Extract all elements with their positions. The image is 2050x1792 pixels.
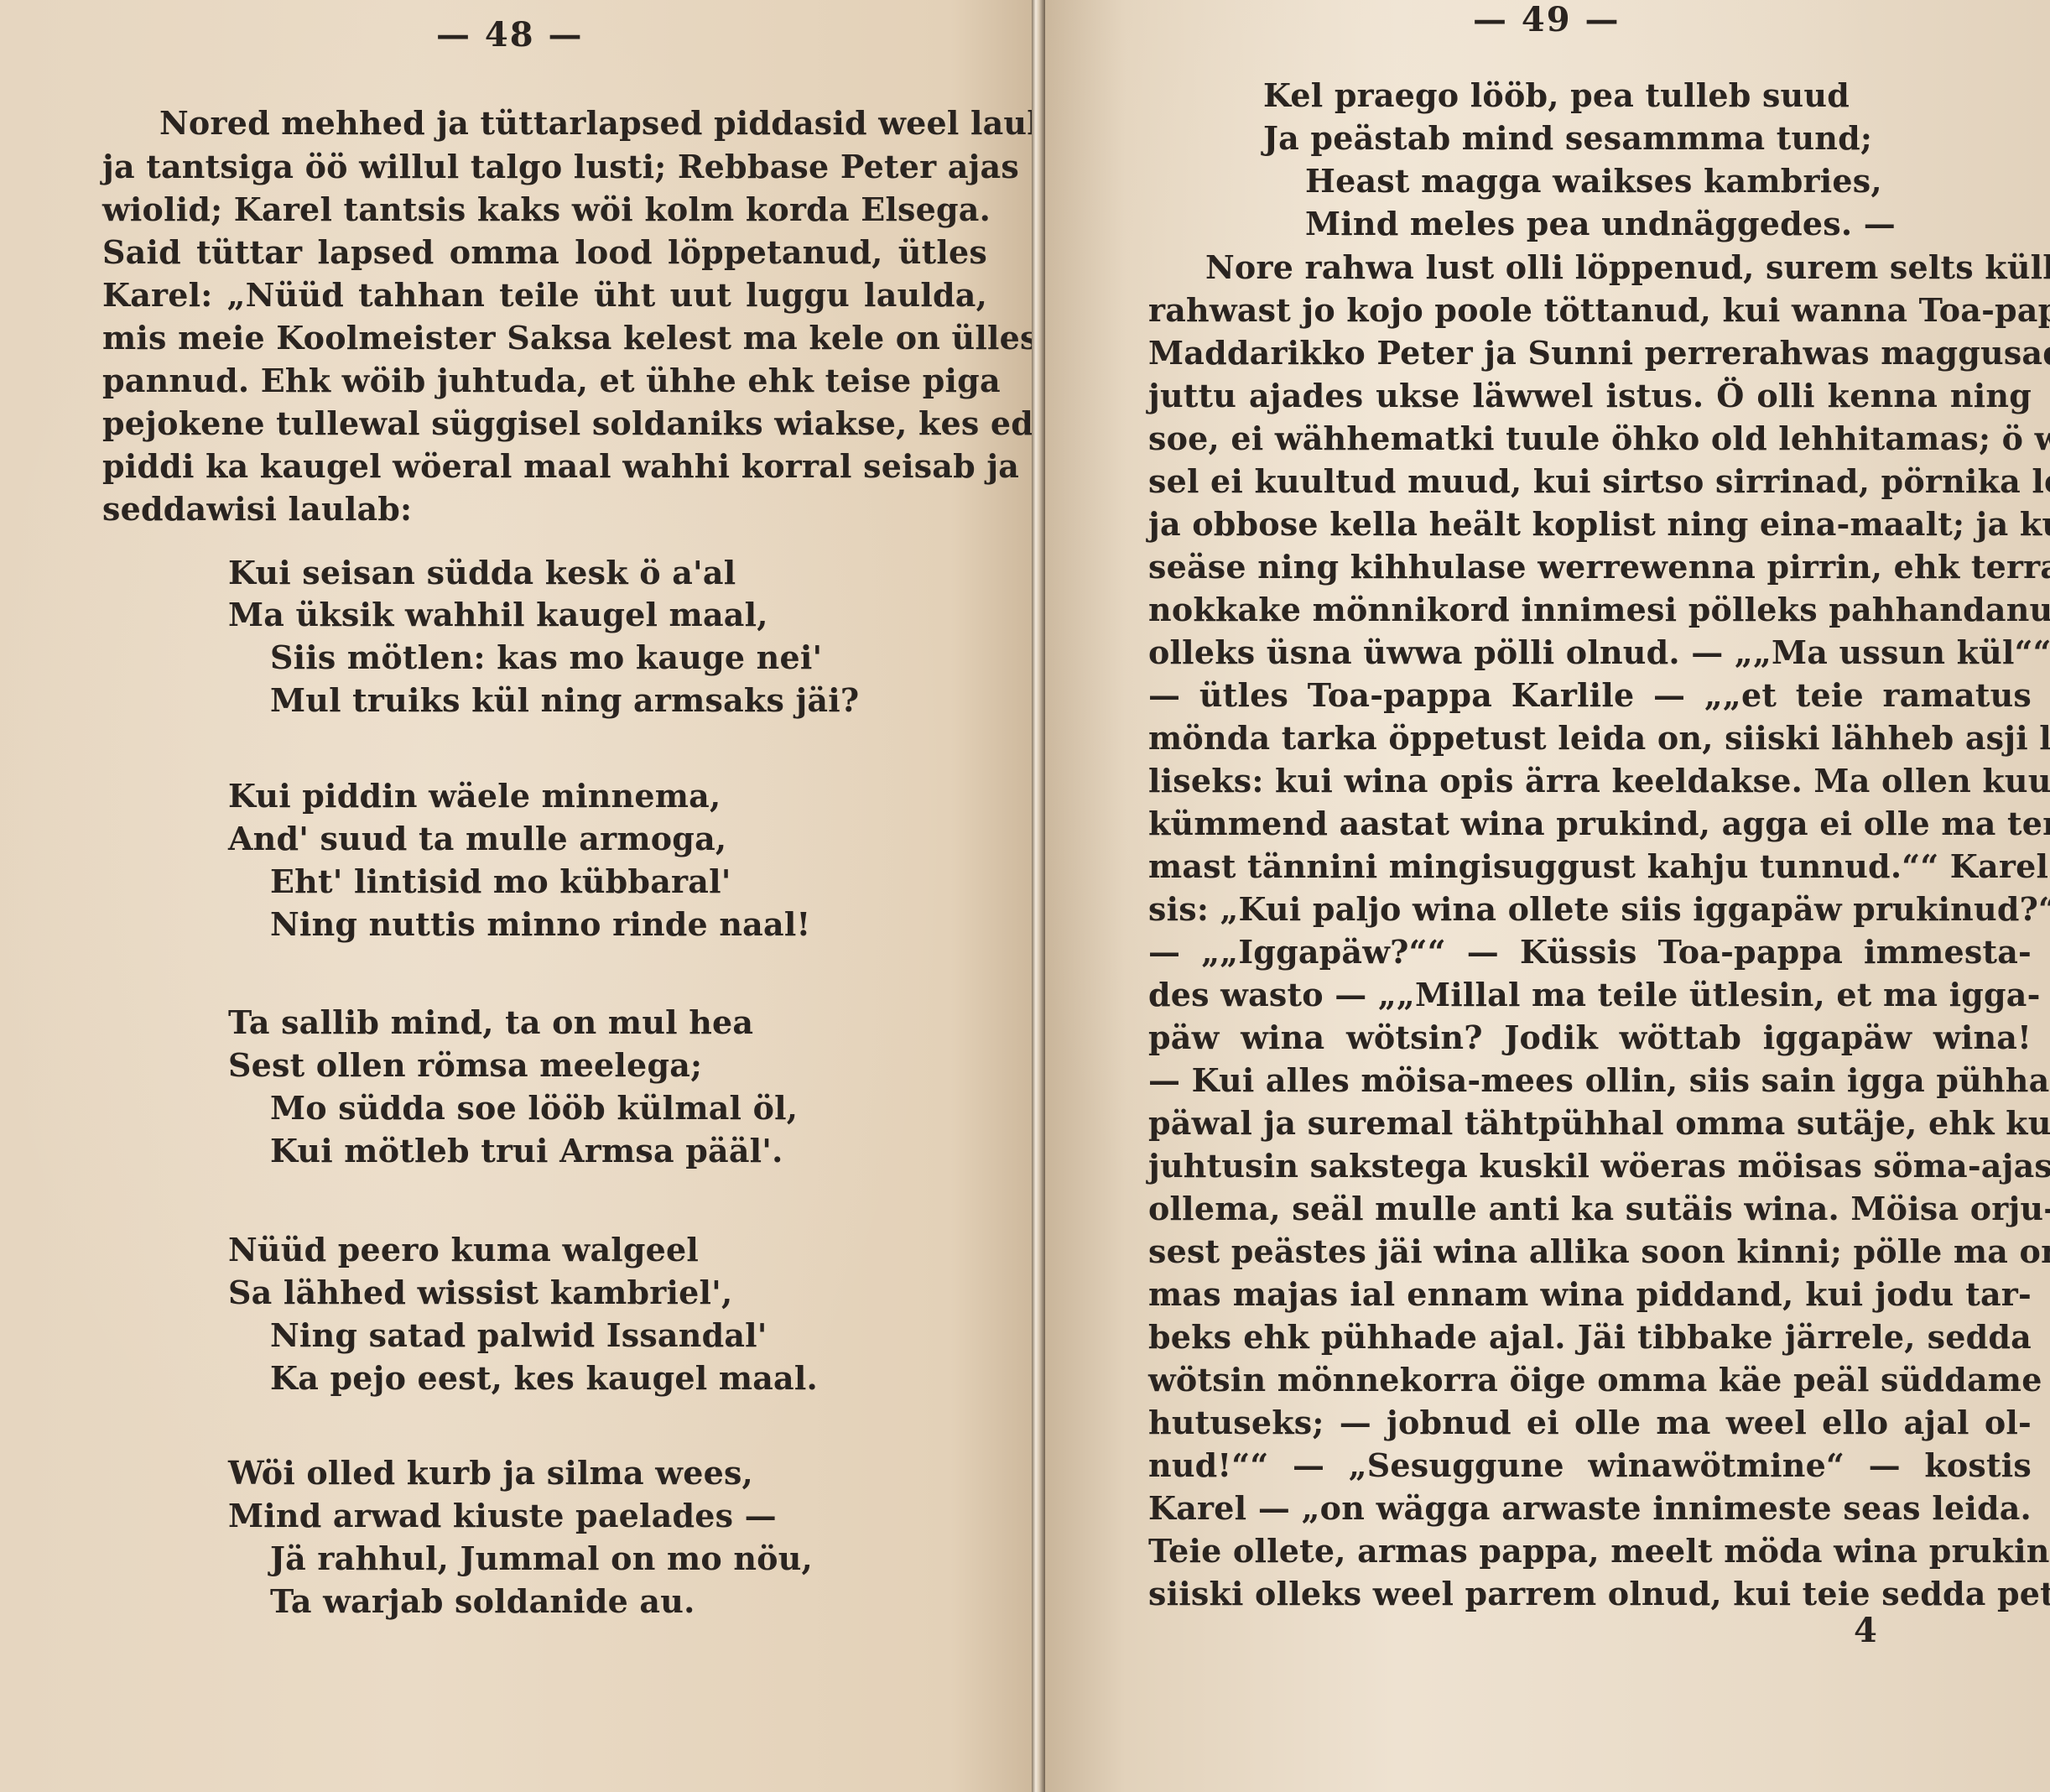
prose-line: mast tännini mingisuggust kahju tunnud.“… [1148, 851, 2032, 883]
verse-line: Eht' lintisid mo kübbaral' [270, 866, 731, 898]
verse-line: Ma üksik wahhil kaugel maal, [228, 599, 768, 631]
prose-line: Teie ollete, armas pappa, meelt möda win… [1148, 1535, 2032, 1567]
prose-line: — „„Iggapäw?““ — Küssis Toa-pappa immest… [1148, 936, 2032, 968]
verse-line: Mind arwad kiuste paelades — [228, 1500, 777, 1532]
prose-line: hutuseks; — jobnud ei olle ma weel ello … [1148, 1407, 2032, 1439]
prose-line: pejokene tullewal süggisel soldaniks wia… [102, 408, 987, 440]
prose-line: Karel — „on wägga arwaste innimeste seas… [1148, 1492, 2032, 1524]
prose-line: des wasto — „„Millal ma teile ütlesin, e… [1148, 979, 2032, 1011]
prose-line: — ütles Toa-pappa Karlile — „„et teie ra… [1148, 680, 2032, 711]
verse-line: Ka pejo eest, kes kaugel maal. [270, 1362, 818, 1394]
verse-line: Kui mötleb trui Armsa pääl'. [270, 1135, 783, 1167]
prose-line: siiski olleks weel parrem olnud, kui tei… [1148, 1578, 2032, 1610]
verse-line: Mul truiks kül ning armsaks jäi? [270, 685, 859, 716]
verse-line: Kui seisan südda kesk ö a'al [228, 557, 736, 589]
prose-line: sel ei kuultud muud, kui sirtso sirrinad… [1148, 466, 2032, 497]
verse-line: Mo südda soe lööb külmal öl, [270, 1092, 798, 1124]
verse-line: Ning satad palwid Issandal' [270, 1320, 767, 1352]
verse-line: Ja peästab mind sesammma tund; [1263, 122, 1872, 154]
verse-line: Mind meles pea undnäggedes. — [1305, 208, 1896, 240]
prose-line: olleks üsna üwwa pölli olnud. — „„Ma uss… [1148, 637, 2032, 669]
prose-line: päwal ja suremal tähtpühhal omma sutäje,… [1148, 1107, 2032, 1139]
prose-line: päw wina wötsin? Jodik wöttab iggapäw wi… [1148, 1022, 2032, 1054]
prose-line: beks ehk pühhade ajal. Jäi tibbake järre… [1148, 1321, 2032, 1353]
prose-line: wötsin mönnekorra öige omma käe peäl süd… [1148, 1364, 2032, 1396]
verse-line: Siis mötlen: kas mo kauge nei' [270, 642, 822, 674]
verse-line: Ta warjab soldanide au. [270, 1586, 695, 1617]
prose-line: wiolid; Karel tantsis kaks wöi kolm kord… [102, 194, 987, 226]
verse-line: Sa lähhed wissist kambriel', [228, 1277, 732, 1309]
prose-line: piddi ka kaugel wöeral maal wahhi korral… [102, 451, 987, 482]
verse-line: Kui piddin wäele minnema, [228, 780, 721, 812]
prose-line: Nore rahwa lust olli löppenud, surem sel… [1148, 252, 2032, 284]
prose-line: ja tantsiga öö willul talgo lusti; Rebba… [102, 151, 987, 183]
prose-line: sis: „Kui paljo wina ollete siis iggapäw… [1148, 893, 2032, 925]
page-number-49: — 49 — [1473, 0, 1621, 39]
verse-line: Wöi olled kurb ja silma wees, [228, 1457, 753, 1489]
prose-line: Nored mehhed ja tüttarlapsed piddasid we… [102, 107, 987, 139]
prose-line: juttu ajades ukse läwwel istus. Ö olli k… [1148, 380, 2032, 412]
left-page: — 48 — Nored mehhed ja tüttarlapsed pidd… [0, 0, 1033, 1792]
prose-line: sest peästes jäi wina allika soon kinni;… [1148, 1236, 2032, 1268]
prose-line: nud!““ — „Sesuggune winawötmine“ — kosti… [1148, 1450, 2032, 1482]
verse-line: Sest ollen römsa meelega; [228, 1050, 702, 1081]
prose-line: rahwast jo kojo poole töttanud, kui wann… [1148, 294, 2032, 326]
prose-line: Karel: „Nüüd tahhan teile üht uut luggu … [102, 279, 987, 311]
verse-line: Kel praego lööb, pea tulleb suud [1263, 80, 1850, 112]
prose-line: mas majas ial ennam wina piddand, kui jo… [1148, 1279, 2032, 1310]
verse-line: And' suud ta mulle armoga, [228, 823, 726, 855]
prose-line: mis meie Koolmeister Saksa kelest ma kel… [102, 322, 987, 354]
prose-line: Said tüttar lapsed omma lood löppetanud,… [102, 237, 987, 268]
prose-line: nokkake mönnikord innimesi pölleks pahha… [1148, 594, 2032, 626]
prose-line: ja obbose kella heält koplist ning eina-… [1148, 508, 2032, 540]
page-number-48: — 48 — [436, 15, 584, 55]
prose-line: ollema, seäl mulle anti ka sutäis wina. … [1148, 1193, 2032, 1225]
prose-line: mönda tarka öppetust leida on, siiski lä… [1148, 722, 2032, 754]
verse-line: Nüüd peero kuma walgeel [228, 1234, 699, 1266]
verse-line: Ning nuttis minno rinde naal! [270, 909, 810, 940]
prose-line: juhtusin sakstega kuskil wöeras möisas s… [1148, 1150, 2032, 1182]
prose-line: seddawisi laulab: [102, 493, 987, 525]
prose-line: kümmend aastat wina prukind, agga ei oll… [1148, 808, 2032, 840]
verse-line: Heast magga waikses kambries, [1305, 165, 1882, 197]
prose-line: soe, ei wähhematki tuule öhko old lehhit… [1148, 423, 2032, 455]
prose-line: liseks: kui wina opis ärra keeldakse. Ma… [1148, 765, 2032, 797]
book-spine-gutter [1032, 0, 1045, 1792]
verse-line: Jä rahhul, Jummal on mo nöu, [270, 1543, 813, 1575]
signature-mark: 4 [1854, 1611, 1877, 1650]
prose-line: — Kui alles möisa-mees ollin, siis sain … [1148, 1065, 2032, 1097]
prose-line: seäse ning kihhulase werrewenna pirrin, … [1148, 551, 2032, 583]
verse-line: Ta sallib mind, ta on mul hea [228, 1007, 753, 1039]
prose-line: Maddarikko Peter ja Sunni perrerahwas ma… [1148, 337, 2032, 369]
prose-line: pannud. Ehk wöib juhtuda, et ühhe ehk te… [102, 365, 987, 397]
